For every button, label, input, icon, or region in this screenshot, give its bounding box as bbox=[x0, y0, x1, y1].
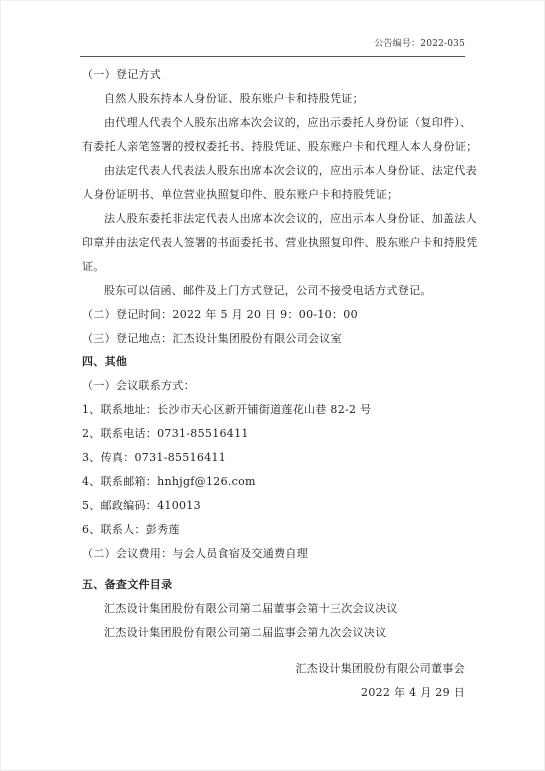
legal-rep-requirement-line2: 人身份证明书、单位营业执照复印件、股东账户卡和持股凭证； bbox=[82, 188, 398, 202]
legal-rep-requirement-line1: 由法定代表人代表法人股东出席本次会议的，应出示本人身份证、法定代表 bbox=[104, 164, 477, 178]
entrusted-requirement-line1: 法人股东委托非法定代表人出席本次会议的，应出示本人身份证、加盖法人 bbox=[104, 212, 477, 226]
entrusted-requirement-line2: 印章并由法定代表人签署的书面委托书、营业执照复印件、股东账户卡和持股凭 bbox=[82, 236, 478, 250]
proxy-requirement-line1: 由代理人代表个人股东出席本次会议的，应出示委托人身份证（复印件）、 bbox=[104, 116, 471, 130]
registration-method-title: （一）登记方式 bbox=[82, 68, 161, 82]
contact-phone: 2、联系电话：0731-85516411 bbox=[82, 427, 249, 441]
contact-address: 1、联系地址：长沙市天心区新开铺街道莲花山巷 82-2 号 bbox=[82, 403, 371, 417]
document-item: 汇杰设计集团股份有限公司第二届董事会第十三次会议决议 bbox=[104, 602, 398, 616]
contact-email: 4、联系邮箱：hnhjgf@126.com bbox=[82, 475, 256, 489]
contact-postcode: 5、邮政编码：410013 bbox=[82, 499, 201, 513]
entrusted-requirement-line3: 证。 bbox=[82, 260, 105, 274]
signature-company: 汇杰设计集团股份有限公司董事会 bbox=[296, 662, 466, 676]
natural-person-requirement: 自然人股东持本人身份证、股东账户卡和持股凭证； bbox=[104, 92, 364, 106]
contact-person: 6、联系人：彭秀莲 bbox=[82, 523, 180, 537]
contact-fax: 3、传真：0731-85516411 bbox=[82, 451, 226, 465]
registration-place: （三）登记地点：汇杰设计集团股份有限公司会议室 bbox=[82, 332, 342, 346]
header-divider bbox=[80, 56, 465, 57]
signature-date: 2022 年 4 月 29 日 bbox=[361, 686, 465, 700]
section-documents-title: 五、备查文件目录 bbox=[82, 578, 172, 592]
document-item: 汇杰设计集团股份有限公司第二届监事会第九次会议决议 bbox=[104, 626, 387, 640]
registration-mail-note: 股东可以信函、邮件及上门方式登记，公司不接受电话方式登记。 bbox=[104, 284, 432, 298]
contact-info-title: （一）会议联系方式： bbox=[82, 379, 195, 393]
section-other-title: 四、其他 bbox=[82, 355, 127, 369]
meeting-fees: （二）会议费用：与会人员食宿及交通费自理 bbox=[82, 547, 308, 561]
announcement-number: 公告编号：2022-035 bbox=[374, 36, 465, 49]
proxy-requirement-line2: 有委托人亲笔签署的授权委托书、持股凭证、股东账户卡和代理人本人身份证； bbox=[82, 140, 478, 154]
registration-time: （二）登记时间：2022 年 5 月 20 日 9：00-10：00 bbox=[82, 308, 358, 322]
